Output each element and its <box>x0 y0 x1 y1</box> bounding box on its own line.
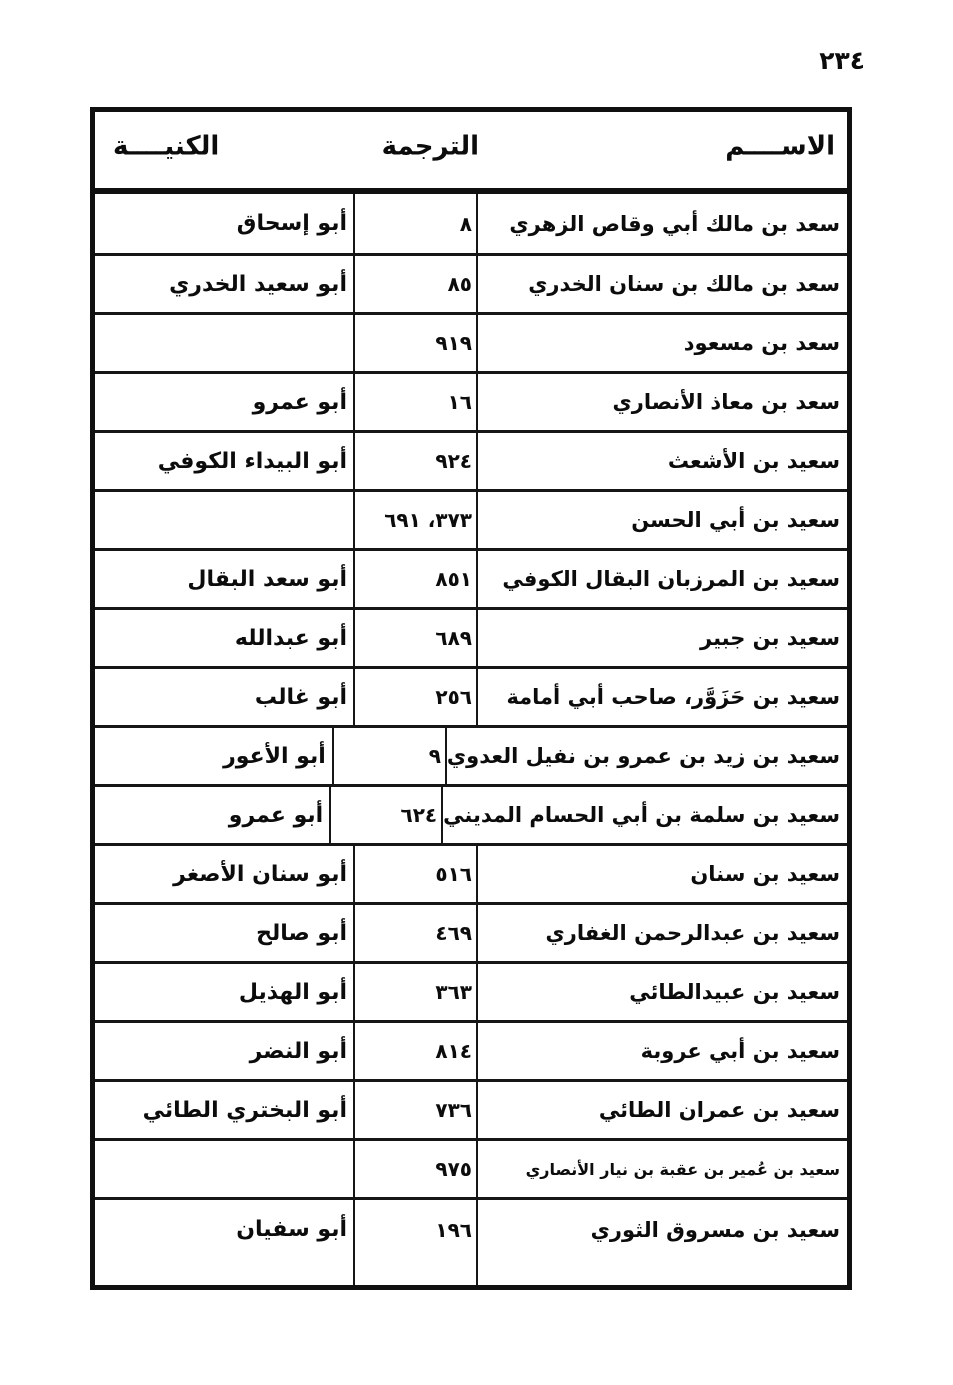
table-row: أبو الهذيل٣٦٣سعيد بن عبيدالطائي <box>95 961 847 1020</box>
name-cell: سعيد بن عُمير بن عقبة بن نيار الأنصاري <box>478 1141 847 1197</box>
entry-number-cell: ٥١٦ <box>353 846 478 902</box>
entry-number-cell: ٨٥١ <box>353 551 478 607</box>
table-row: أبو صالح٤٦٩سعيد بن عبدالرحمن الغفاري <box>95 902 847 961</box>
table-row: أبو سفيان١٩٦سعيد بن مسروق الثوري <box>95 1197 847 1285</box>
name-cell: سعد بن مسعود <box>478 315 847 371</box>
entry-number-cell: ٢٥٦ <box>353 669 478 725</box>
kunya-cell <box>95 315 353 371</box>
page-number: ٢٣٤ <box>819 46 865 75</box>
kunya-cell: أبو الأعور <box>95 728 332 784</box>
table-row: أبو الأعور٩سعيد بن زيد بن عمرو بن نفيل ا… <box>95 725 847 784</box>
column-header-entry-number: الترجمة <box>382 131 479 161</box>
kunya-cell: أبو النضر <box>95 1023 353 1079</box>
table-row: أبو البيداء الكوفي٩٢٤سعيد بن الأشعث <box>95 430 847 489</box>
entry-number-cell: ٦٨٩ <box>353 610 478 666</box>
kunya-cell: أبو سعيد الخدري <box>95 256 353 312</box>
table-row: ٩١٩سعد بن مسعود <box>95 312 847 371</box>
table-row: أبو النضر٨١٤سعيد بن أبي عروبة <box>95 1020 847 1079</box>
table-row: أبو إسحاق٨سعد بن مالك أبي وقاص الزهري <box>95 194 847 253</box>
name-cell: سعيد بن سنان <box>478 846 847 902</box>
name-cell: سعيد بن أبي الحسن <box>478 492 847 548</box>
entry-number-cell: ٨٥ <box>353 256 478 312</box>
kunya-cell: أبو إسحاق <box>95 194 353 253</box>
kunya-cell: أبو عمرو <box>95 787 329 843</box>
name-cell: سعيد بن عبدالرحمن الغفاري <box>478 905 847 961</box>
kunya-cell: أبو عمرو <box>95 374 353 430</box>
book-page: { "page": { "number_label": "٢٣٤" }, "ta… <box>0 0 953 1385</box>
entry-number-cell: ٩١٩ <box>353 315 478 371</box>
name-cell: سعد بن مالك بن سنان الخدري <box>478 256 847 312</box>
kunya-cell: أبو البختري الطائي <box>95 1082 353 1138</box>
table-row: ٣٧٣، ٦٩١سعيد بن أبي الحسن <box>95 489 847 548</box>
entry-number-cell: ٦٢٤ <box>329 787 443 843</box>
entry-number-cell: ١٩٦ <box>353 1200 478 1285</box>
name-cell: سعيد بن الأشعث <box>478 433 847 489</box>
kunya-cell: أبو عبدالله <box>95 610 353 666</box>
kunya-cell <box>95 1141 353 1197</box>
table-header-row: الاســــم الترجمة الكنيــــة <box>95 112 847 194</box>
table-body: أبو إسحاق٨سعد بن مالك أبي وقاص الزهريأبو… <box>95 194 847 1285</box>
entry-number-cell: ٧٣٦ <box>353 1082 478 1138</box>
table-row: أبو عمرو٦٢٤سعيد بن سلمة بن أبي الحسام ال… <box>95 784 847 843</box>
kunya-cell: أبو البيداء الكوفي <box>95 433 353 489</box>
table-row: أبو عمرو١٦سعد بن معاذ الأنصاري <box>95 371 847 430</box>
kunya-cell: أبو صالح <box>95 905 353 961</box>
entry-number-cell: ٨١٤ <box>353 1023 478 1079</box>
name-cell: سعيد بن أبي عروبة <box>478 1023 847 1079</box>
kunya-cell: أبو غالب <box>95 669 353 725</box>
entry-number-cell: ٣٧٣، ٦٩١ <box>353 492 478 548</box>
entry-number-cell: ٩ <box>332 728 447 784</box>
name-cell: سعيد بن عمران الطائي <box>478 1082 847 1138</box>
entry-number-cell: ٨ <box>353 194 478 253</box>
table-row: أبو سنان الأصغر٥١٦سعيد بن سنان <box>95 843 847 902</box>
name-cell: سعيد بن سلمة بن أبي الحسام المديني <box>443 787 847 843</box>
kunya-cell: أبو الهذيل <box>95 964 353 1020</box>
name-cell: سعيد بن المرزبان البقال الكوفي <box>478 551 847 607</box>
table-row: أبو غالب٢٥٦سعيد بن حَزَوَّر، صاحب أبي أم… <box>95 666 847 725</box>
entry-number-cell: ١٦ <box>353 374 478 430</box>
entry-number-cell: ٣٦٣ <box>353 964 478 1020</box>
name-cell: سعيد بن مسروق الثوري <box>478 1200 847 1285</box>
name-cell: سعد بن مالك أبي وقاص الزهري <box>478 194 847 253</box>
kunya-cell: أبو سفيان <box>95 1200 353 1285</box>
biography-index-table: الاســــم الترجمة الكنيــــة أبو إسحاق٨س… <box>90 107 852 1290</box>
table-row: ٩٧٥سعيد بن عُمير بن عقبة بن نيار الأنصار… <box>95 1138 847 1197</box>
column-header-kunya: الكنيــــة <box>113 131 219 161</box>
kunya-cell <box>95 492 353 548</box>
name-cell: سعيد بن عبيدالطائي <box>478 964 847 1020</box>
kunya-cell: أبو سنان الأصغر <box>95 846 353 902</box>
entry-number-cell: ٩٧٥ <box>353 1141 478 1197</box>
name-cell: سعيد بن حَزَوَّر، صاحب أبي أمامة <box>478 669 847 725</box>
name-cell: سعيد بن جبير <box>478 610 847 666</box>
column-header-name: الاســــم <box>725 131 835 161</box>
name-cell: سعد بن معاذ الأنصاري <box>478 374 847 430</box>
table-row: أبو البختري الطائي٧٣٦سعيد بن عمران الطائ… <box>95 1079 847 1138</box>
kunya-cell: أبو سعد البقال <box>95 551 353 607</box>
name-cell: سعيد بن زيد بن عمرو بن نفيل العدوي <box>447 728 847 784</box>
entry-number-cell: ٤٦٩ <box>353 905 478 961</box>
table-row: أبو سعد البقال٨٥١سعيد بن المرزبان البقال… <box>95 548 847 607</box>
table-row: أبو سعيد الخدري٨٥سعد بن مالك بن سنان الخ… <box>95 253 847 312</box>
table-row: أبو عبدالله٦٨٩سعيد بن جبير <box>95 607 847 666</box>
entry-number-cell: ٩٢٤ <box>353 433 478 489</box>
